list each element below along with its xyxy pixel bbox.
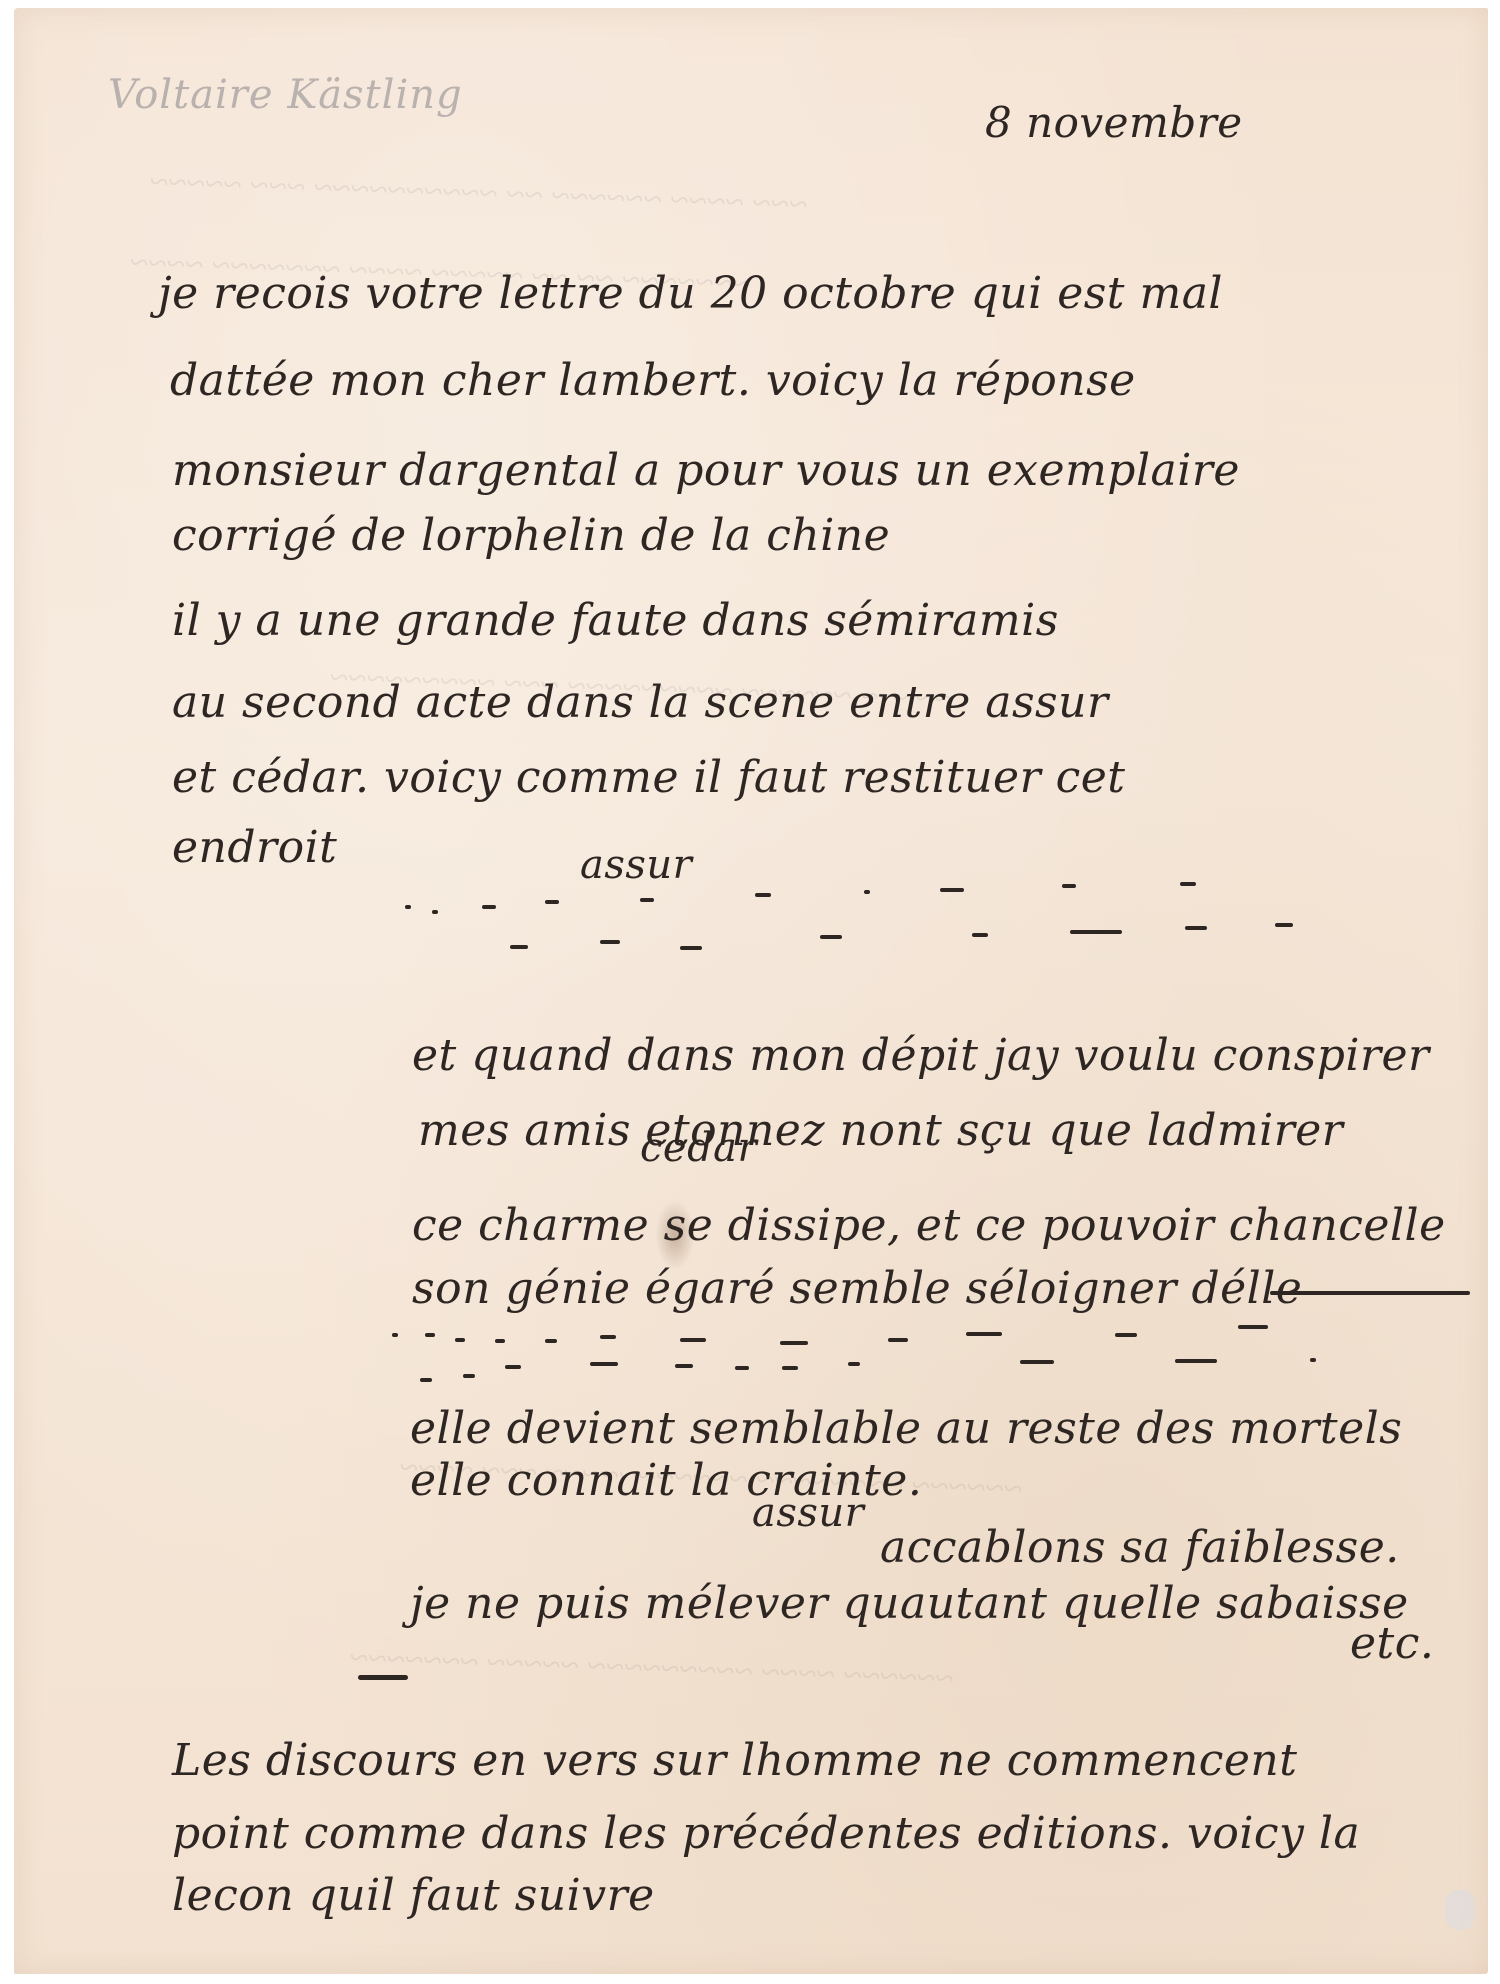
text-line: monsieur dargental a pour vous un exempl… (172, 445, 1240, 496)
speaker-name: assur (580, 842, 692, 888)
speaker-name: cedar (640, 1125, 757, 1171)
verse-line: accablons sa faiblesse. (880, 1522, 1400, 1573)
text-line: au second acte dans la scene entre assur (172, 677, 1108, 728)
speaker-name: assur (752, 1490, 864, 1536)
text-line: lecon quil faut suivre (172, 1870, 655, 1921)
text-line: dattée mon cher lambert. voicy la répons… (170, 355, 1136, 406)
verse-line: mes amis etonnez nont sçu que ladmirer (418, 1105, 1343, 1156)
text-line: il y a une grande faute dans sémiramis (172, 595, 1059, 646)
pencil-annotation: Voltaire Kästling (108, 72, 463, 118)
section-divider (358, 1675, 408, 1680)
text-line: Les discours en vers sur lhomme ne comme… (172, 1735, 1297, 1786)
verse-line: je ne puis mélever quautant quelle sabai… (410, 1578, 1409, 1629)
text-line: et cédar. voicy comme il faut restituer … (172, 752, 1125, 803)
text-line: corrigé de lorphelin de la chine (172, 510, 890, 561)
letter-date: 8 novembre (985, 98, 1243, 147)
paper-chip (1445, 1890, 1475, 1930)
verse-line: elle devient semblable au reste des mort… (410, 1403, 1402, 1454)
line-filler-stroke (1270, 1291, 1470, 1295)
verse-line: ce charme se dissipe, et ce pouvoir chan… (412, 1200, 1446, 1251)
text-line: je recois votre lettre du 20 octobre qui… (158, 268, 1223, 319)
etc-mark: etc. (1350, 1618, 1434, 1669)
text-line: point comme dans les précédentes edition… (172, 1808, 1360, 1859)
verse-line: et quand dans mon dépit jay voulu conspi… (412, 1030, 1430, 1081)
text-line: endroit (172, 822, 337, 873)
verse-line: son génie égaré semble séloigner délle (412, 1263, 1302, 1314)
